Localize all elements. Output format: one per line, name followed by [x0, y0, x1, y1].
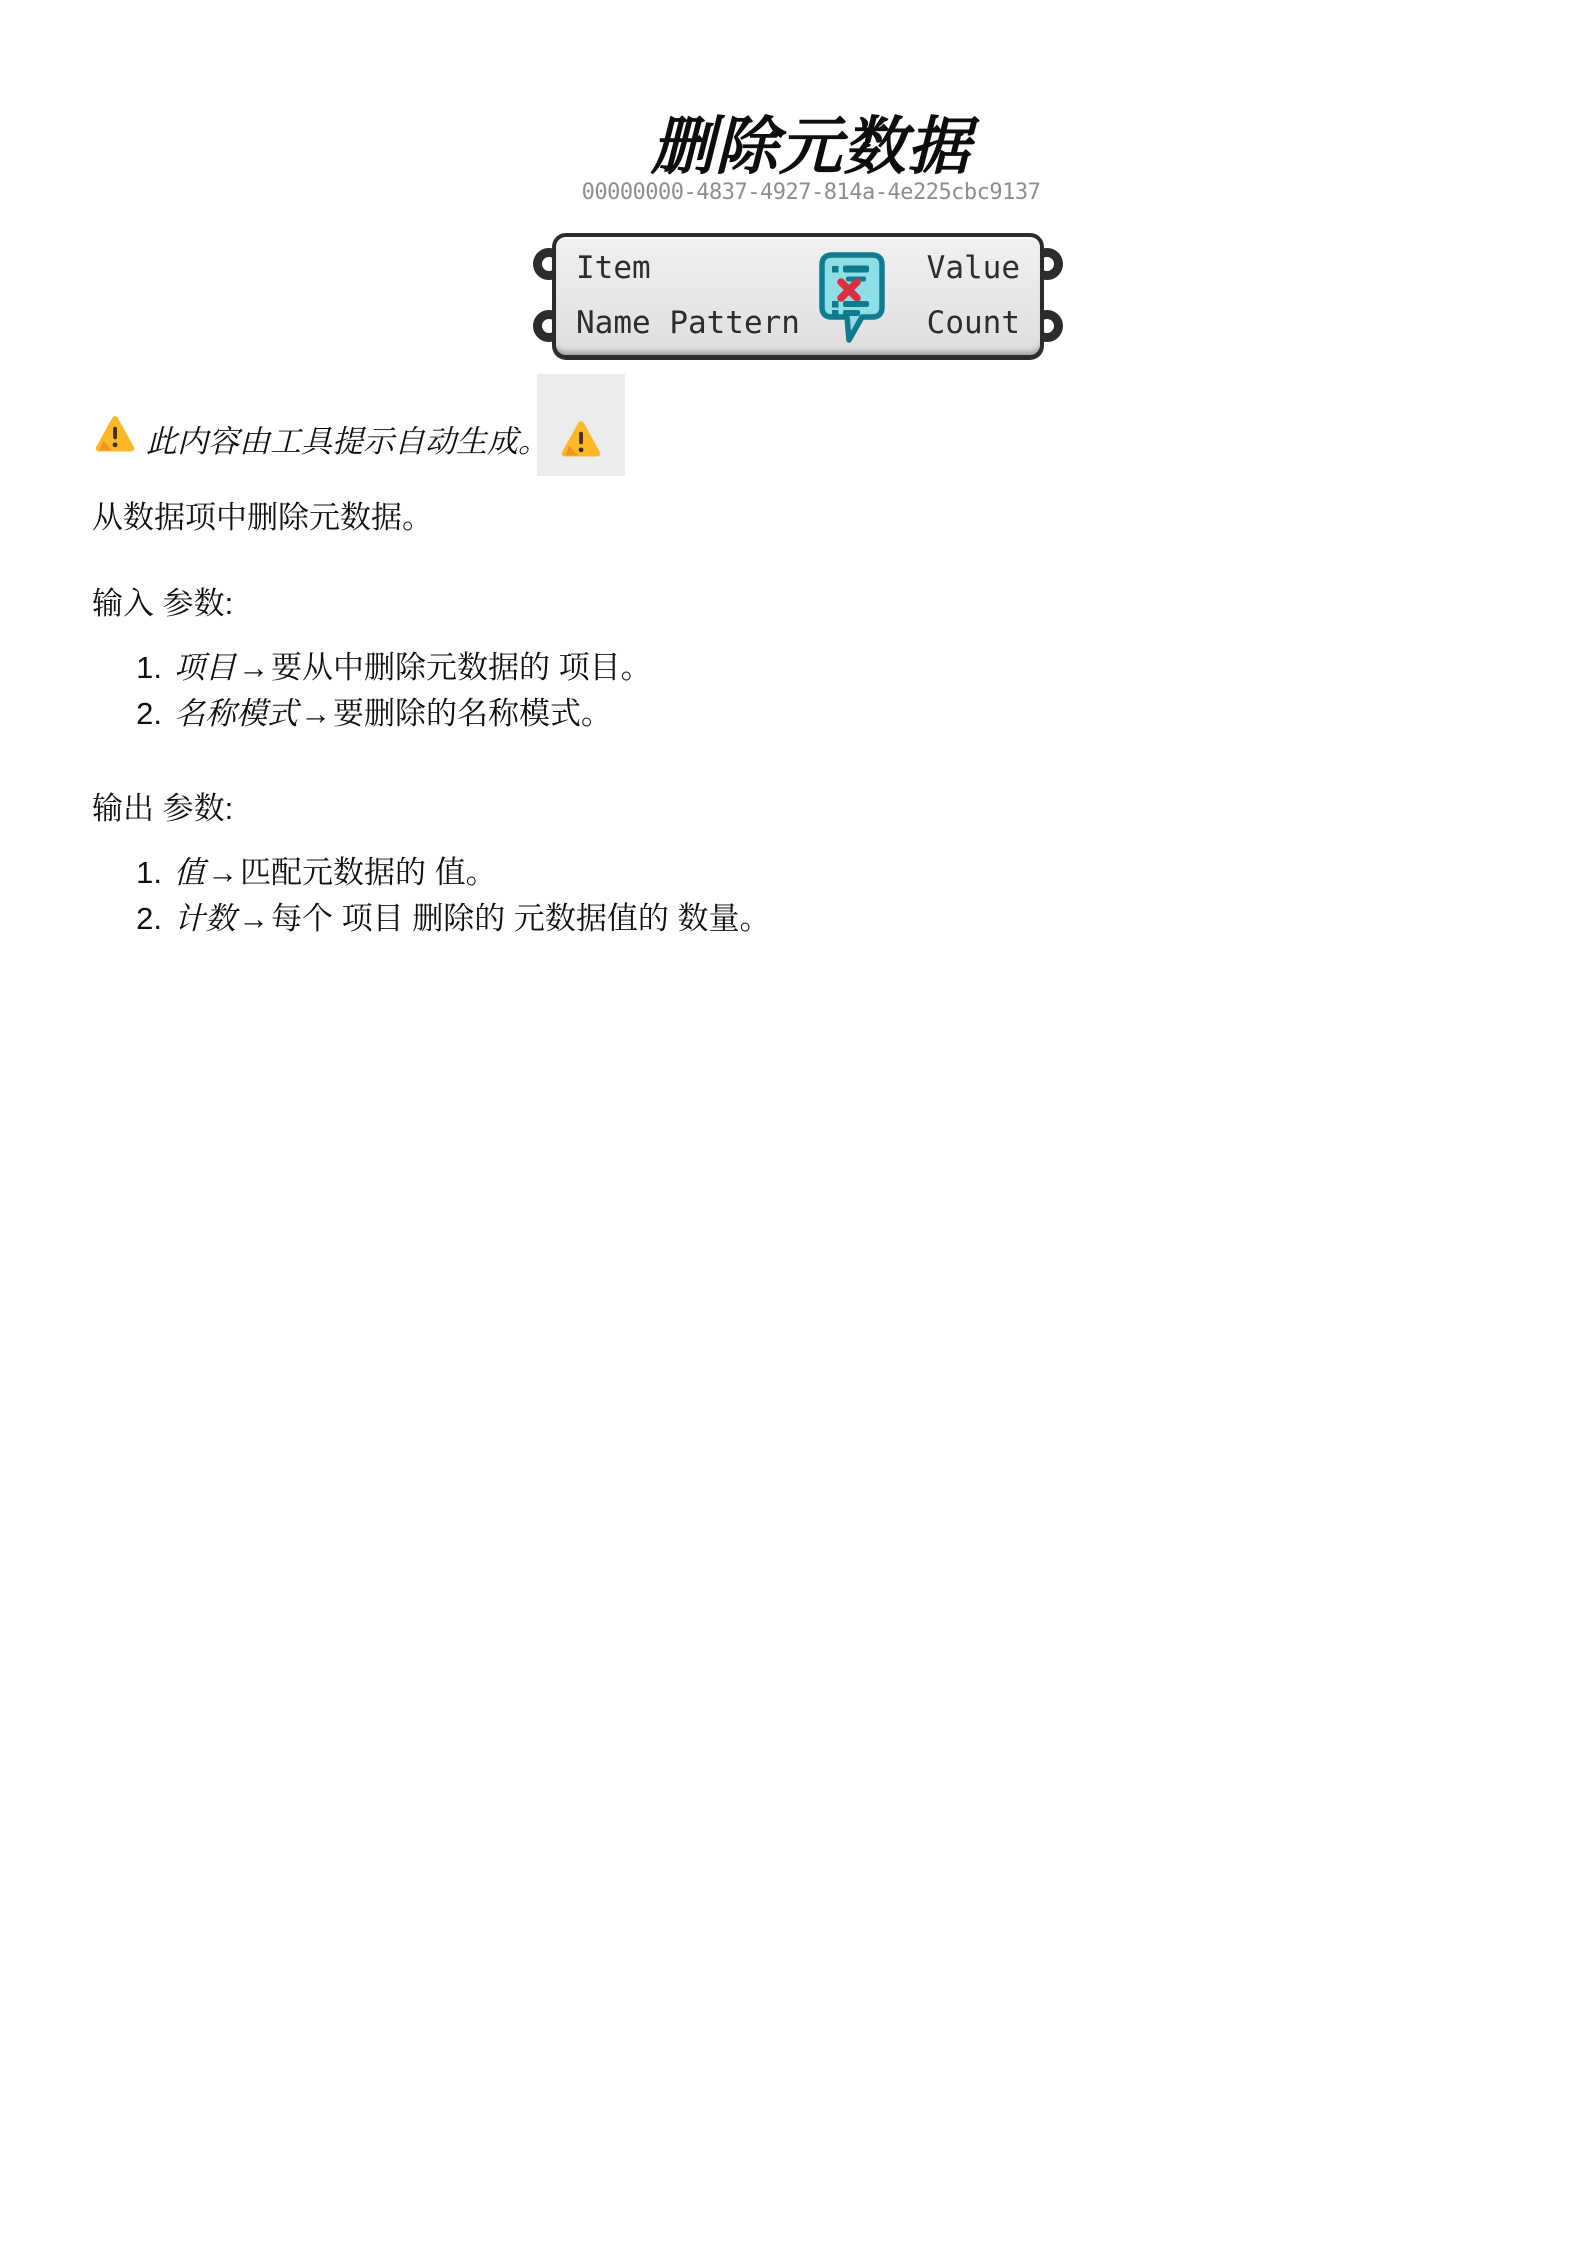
param-name: 计数	[174, 901, 236, 936]
auto-generated-warning: 此内容由工具提示自动生成。	[94, 414, 549, 462]
component-node: Item Value Name Pattern Count	[552, 233, 1044, 359]
arrow-glyph: →	[236, 901, 271, 936]
input-port-label-item: Item	[576, 253, 651, 284]
arrow-glyph: →	[205, 855, 240, 890]
list-item-text: 项目→要从中删除元数据的 项目。	[174, 646, 652, 689]
warning-icon	[94, 414, 136, 462]
warning-icon	[560, 419, 602, 464]
arrow-glyph: →	[298, 696, 333, 731]
list-item-output-1: 1. 值→匹配元数据的 值。	[128, 851, 497, 894]
warning-text: 此内容由工具提示自动生成。	[146, 416, 549, 461]
list-item-input-2: 2. 名称模式→要删除的名称模式。	[128, 692, 612, 735]
arrow-glyph: →	[236, 650, 271, 685]
component-description: 从数据项中删除元数据。	[92, 492, 433, 537]
component-guid: 00000000-4837-4927-814a-4e225cbc9137	[92, 180, 1530, 205]
component-diagram: Item Value Name Pattern Count	[79, 233, 1517, 359]
param-description: 要删除的名称模式。	[333, 696, 612, 731]
list-number: 2.	[128, 692, 162, 735]
component-row-2: Name Pattern Count	[576, 308, 1020, 339]
component-body: Item Value Name Pattern Count	[552, 233, 1044, 359]
list-item-text: 名称模式→要删除的名称模式。	[174, 692, 612, 735]
param-name: 值	[174, 855, 205, 890]
input-port-label-name-pattern: Name Pattern	[576, 308, 800, 339]
list-item-text: 计数→每个 项目 删除的 元数据值的 数量。	[174, 897, 770, 940]
param-description: 匹配元数据的 值。	[240, 855, 497, 890]
param-description: 要从中删除元数据的 项目。	[271, 650, 652, 685]
param-name: 项目	[174, 650, 236, 685]
inputs-section-heading: 输入 参数:	[92, 578, 233, 623]
list-number: 1.	[128, 851, 162, 894]
output-port-label-value: Value	[927, 253, 1020, 284]
list-item-input-1: 1. 项目→要从中删除元数据的 项目。	[128, 646, 652, 689]
metadata-remove-icon	[818, 251, 886, 350]
list-number: 1.	[128, 646, 162, 689]
list-item-output-2: 2. 计数→每个 项目 删除的 元数据值的 数量。	[128, 897, 770, 940]
param-name: 名称模式	[174, 696, 298, 731]
outputs-section-heading: 输出 参数:	[92, 783, 233, 828]
page-title: 删除元数据	[92, 96, 1530, 187]
component-row-1: Item Value	[576, 253, 1020, 284]
output-port-label-count: Count	[927, 308, 1020, 339]
list-number: 2.	[128, 897, 162, 940]
param-description: 每个 项目 删除的 元数据值的 数量。	[271, 901, 770, 936]
list-item-text: 值→匹配元数据的 值。	[174, 851, 497, 894]
document-page: 删除元数据 00000000-4837-4927-814a-4e225cbc91…	[92, 0, 1530, 2244]
warning-icon-trailing-box	[537, 374, 625, 476]
